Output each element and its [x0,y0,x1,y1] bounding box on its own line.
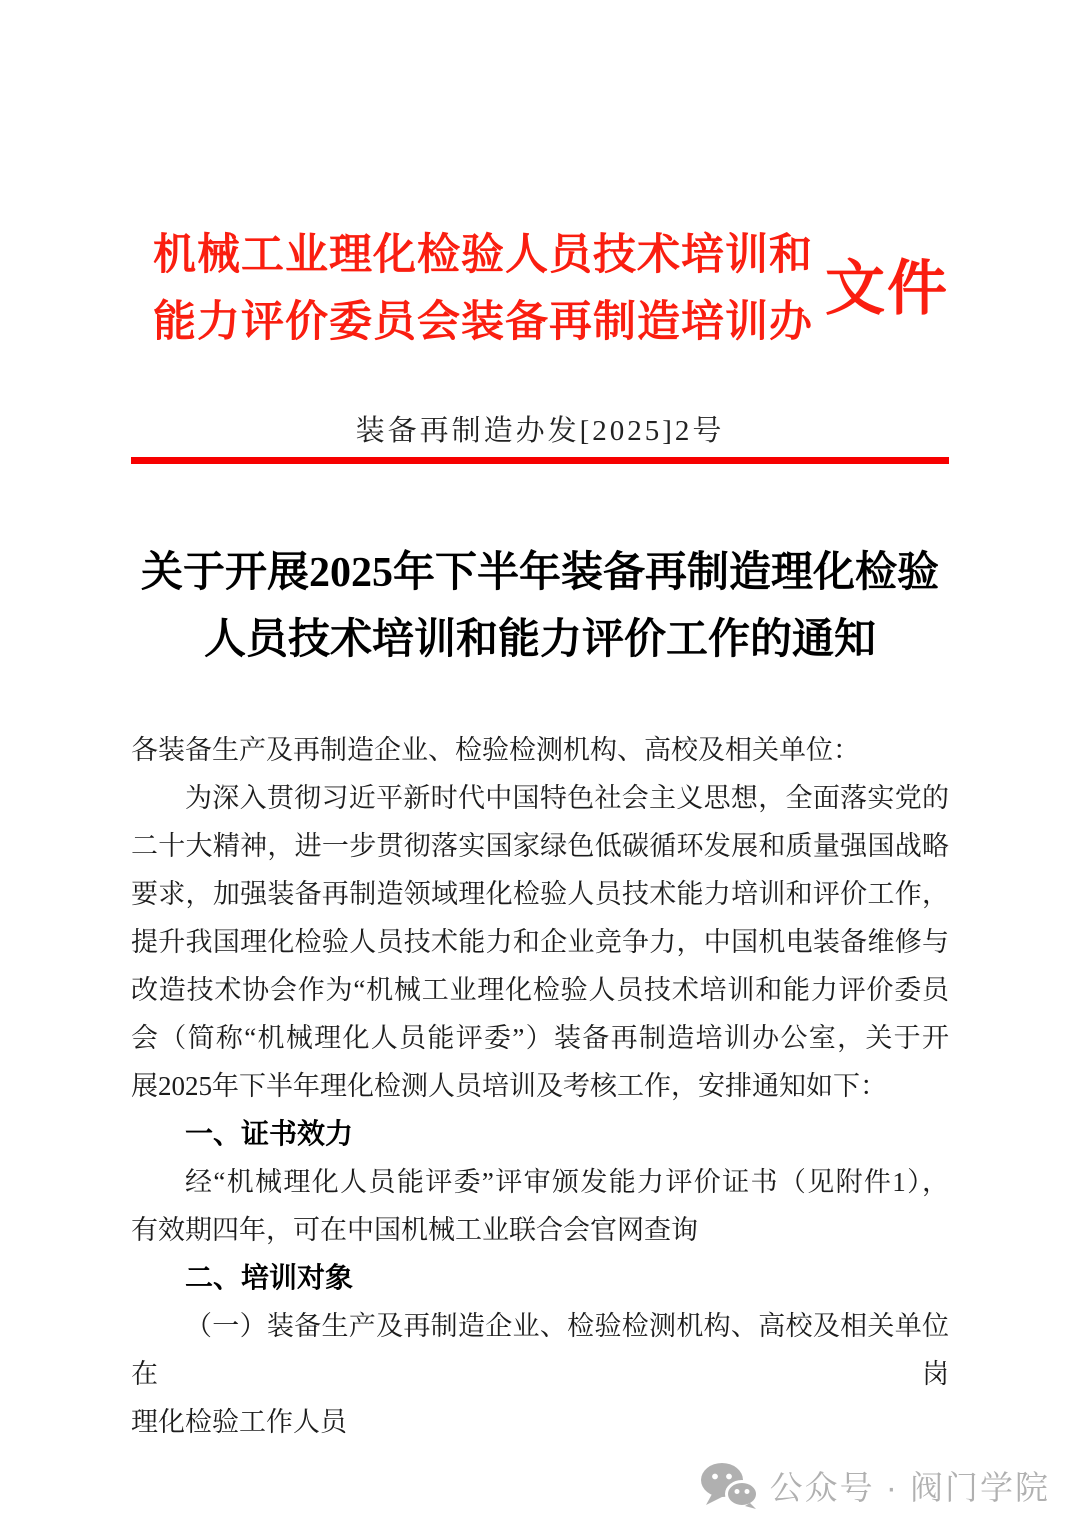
wechat-watermark: 公众号 · 阀门学院 [700,1462,1050,1509]
body-line: 展2025年下半年理化检测人员培训及考核工作，安排通知如下： [131,1062,949,1110]
watermark-label: 公众号 · 阀门学院 [770,1462,1050,1509]
body-line: 会（简称“机械理化人员能评委”）装备再制造培训办公室，关于开 [131,1014,949,1062]
salutation-line: 各装备生产及再制造企业、检验检测机构、高校及相关单位： [131,726,949,774]
wechat-icon [700,1462,758,1509]
document-number: 装备再制造办发[2025]2号 [0,408,1080,449]
body-line: 二十大精神，进一步贯彻落实国家绿色低碳循环发展和质量强国战略 [131,822,949,870]
org-name-line1: 机械工业理化检验人员技术培训和 [153,222,813,289]
title-line2: 人员技术培训和能力评价工作的通知 [0,607,1080,674]
body-line: 理化检验工作人员 [131,1398,949,1446]
body-line: 要求，加强装备再制造领域理化检验人员技术能力培训和评价工作， [131,870,949,918]
body-line: 经“机械理化人员能评委”评审颁发能力评价证书（见附件1）， [131,1158,949,1206]
body-line: 提升我国理化检验人员技术能力和企业竞争力，中国机电装备维修与 [131,918,949,966]
title-line1: 关于开展2025年下半年装备再制造理化检验 [0,540,1080,607]
document-word: 文件 [825,259,949,319]
document-page: 机械工业理化检验人员技术培训和 能力评价委员会装备再制造培训办 文件 装备再制造… [0,0,1080,1529]
body-line: （一）装备生产及再制造企业、检验检测机构、高校及相关单位在岗 [131,1302,949,1398]
red-divider-rule [131,457,949,464]
body-line: 有效期四年，可在中国机械工业联合会官网查询 [131,1206,949,1254]
section-heading-2: 二、培训对象 [131,1254,949,1302]
section-heading-1: 一、证书效力 [131,1110,949,1158]
body-line: 为深入贯彻习近平新时代中国特色社会主义思想，全面落实党的 [131,774,949,822]
body-line: 改造技术协会作为“机械工业理化检验人员技术培训和能力评价委员 [131,966,949,1014]
org-name-line2: 能力评价委员会装备再制造培训办 [153,289,813,356]
document-title: 关于开展2025年下半年装备再制造理化检验 人员技术培训和能力评价工作的通知 [0,540,1080,674]
letterhead: 机械工业理化检验人员技术培训和 能力评价委员会装备再制造培训办 文件 [131,222,949,356]
document-body: 各装备生产及再制造企业、检验检测机构、高校及相关单位： 为深入贯彻习近平新时代中… [131,726,949,1446]
issuing-org-name: 机械工业理化检验人员技术培训和 能力评价委员会装备再制造培训办 [131,222,813,356]
